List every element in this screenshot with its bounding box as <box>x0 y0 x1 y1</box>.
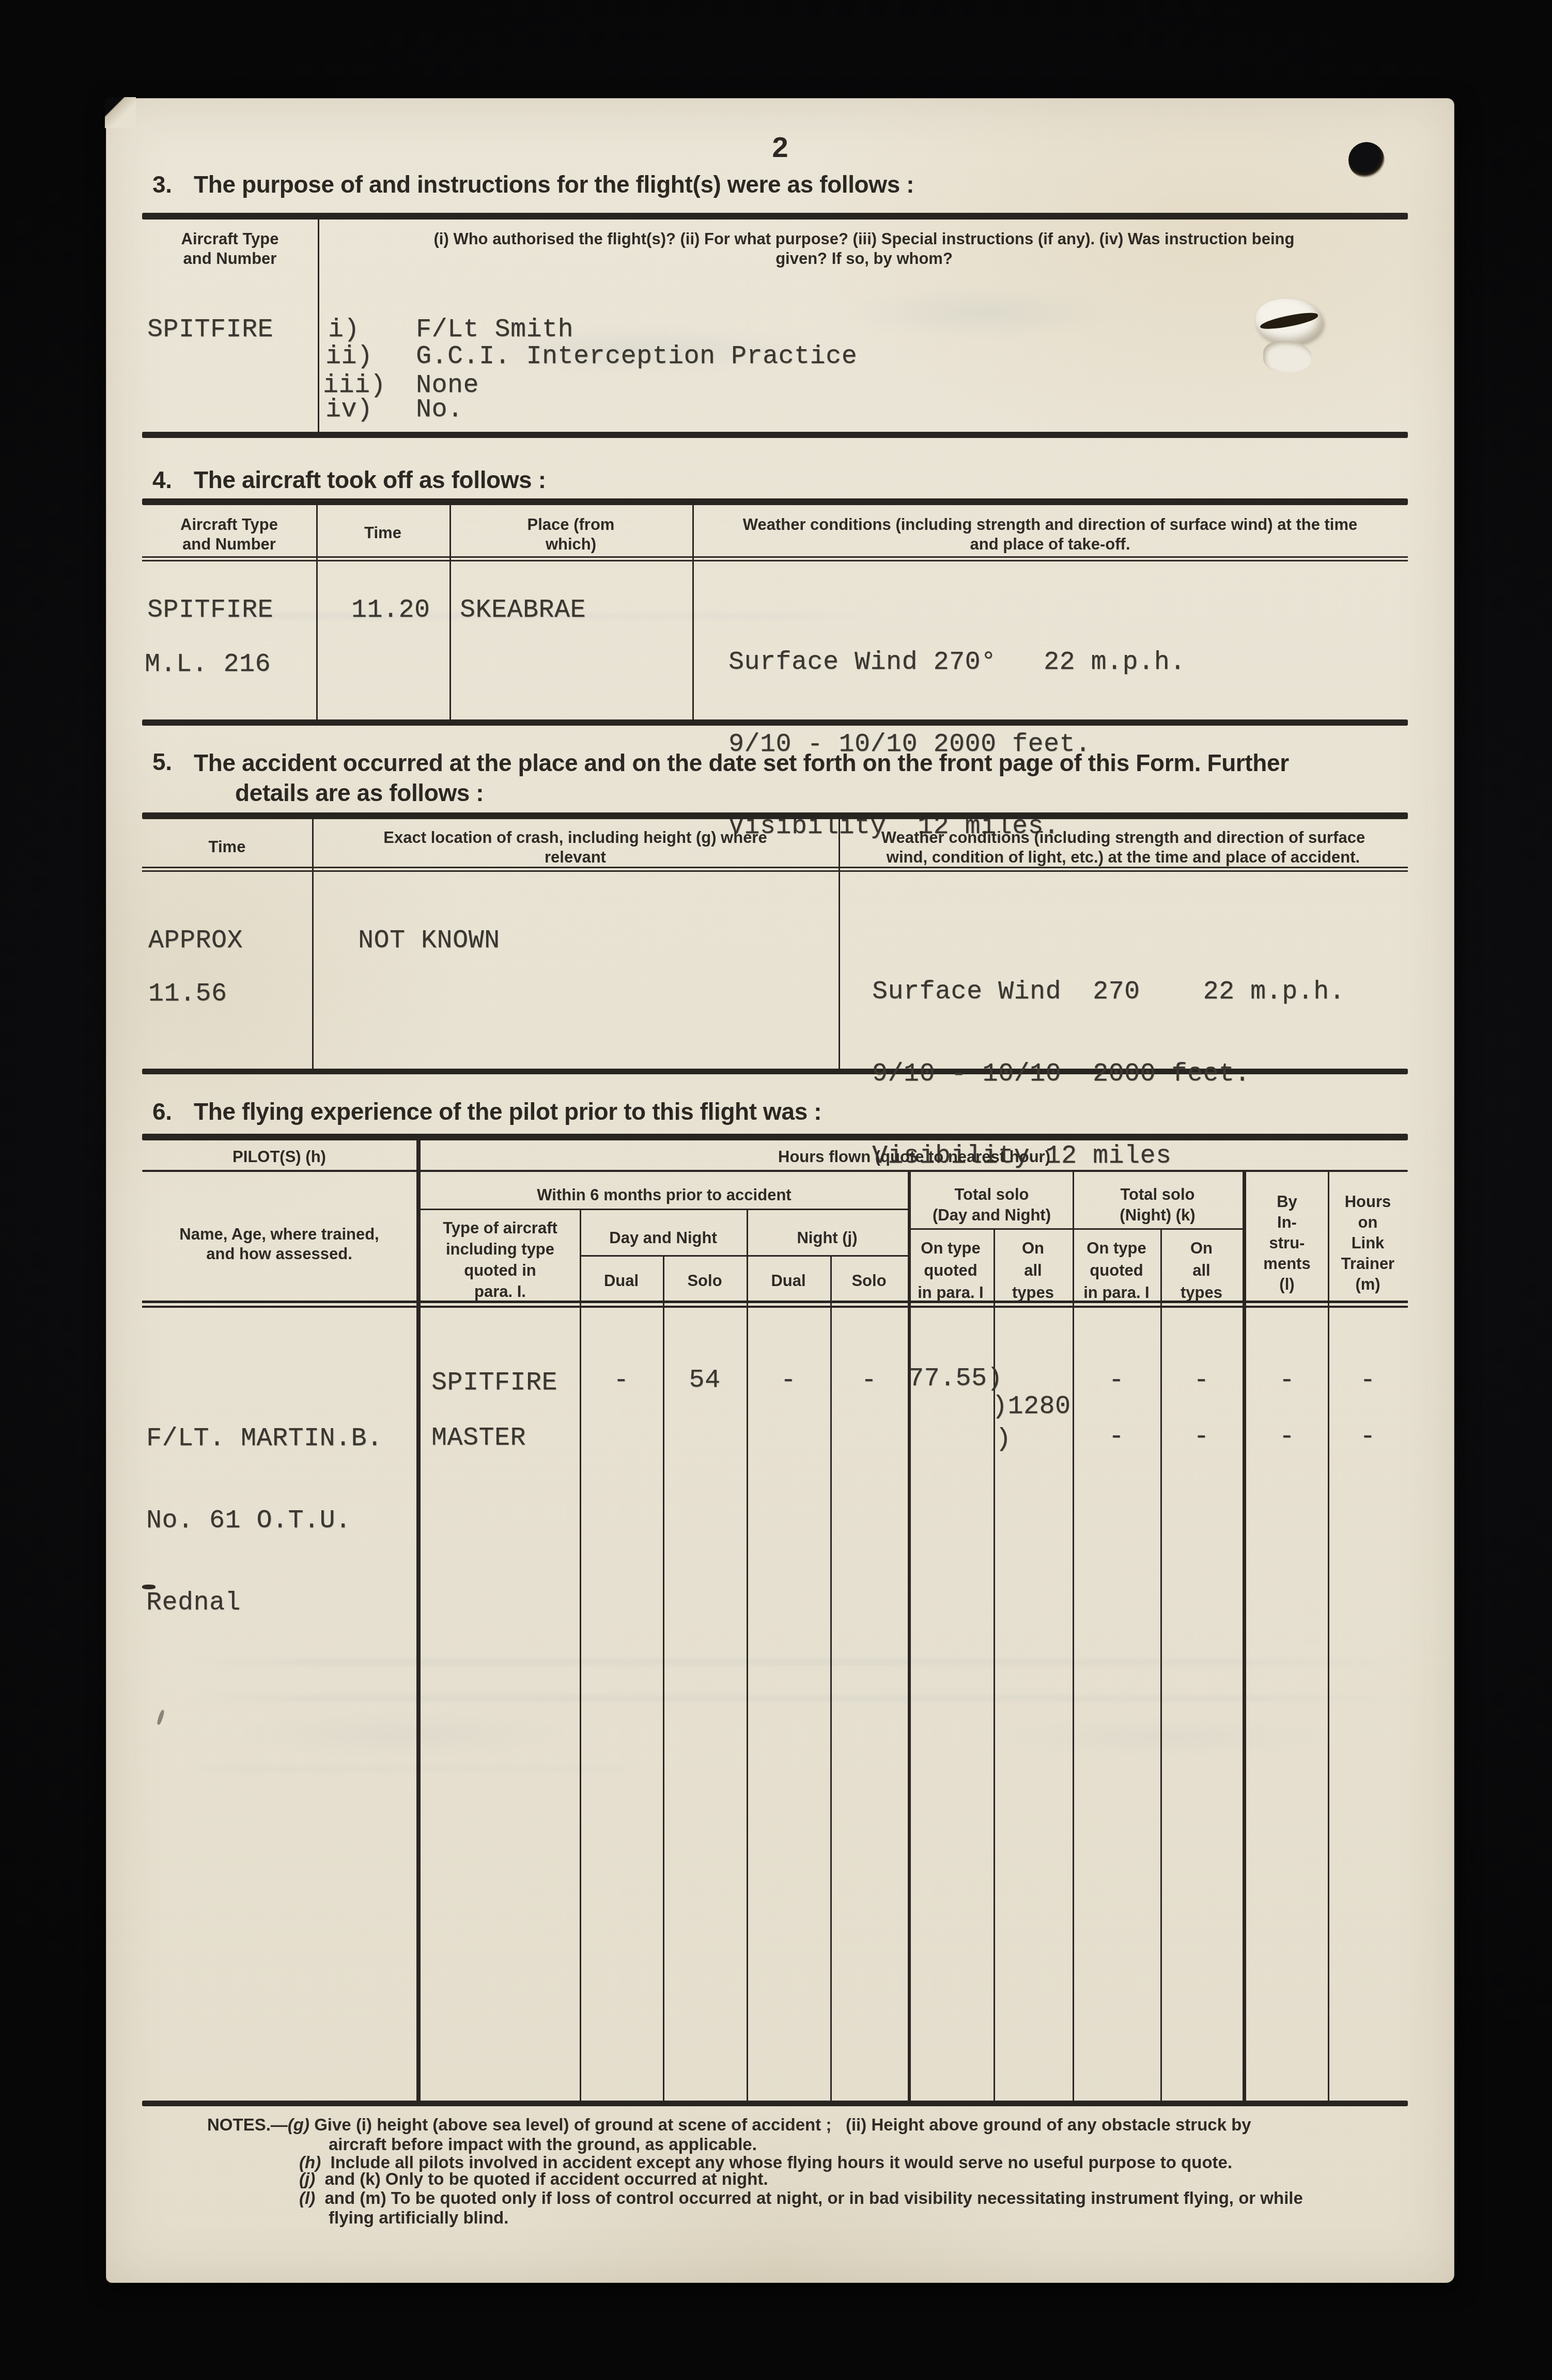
pilot-name-block: F/LT. MARTIN.B. No. 61 O.T.U. Rednal <box>146 1370 383 1671</box>
table-rule <box>142 498 1408 505</box>
col-header-questions-line1: (i) Who authorised the flight(s)? (ii) F… <box>328 229 1400 249</box>
link-trainer-header: Hours on Link Trainer (m) <box>1328 1192 1408 1295</box>
on-type-header: On type quoted in para. I <box>908 1237 994 1304</box>
table-rule <box>142 812 1408 819</box>
type-of-aircraft-header: Type of aircraft including type quoted i… <box>421 1217 580 1302</box>
notes-line-j: (j) and (k) Only to be quoted if acciden… <box>299 2169 768 2189</box>
col-header-questions-line2: given? If so, by whom? <box>328 249 1400 269</box>
answer-text: G.C.I. Interception Practice <box>416 342 857 371</box>
col-header-time: Time <box>316 523 449 543</box>
answer-row-iv: iv)No. <box>325 396 463 424</box>
col-header-location: Exact location of crash, including heigh… <box>312 828 839 867</box>
link-trainer-value: - <box>1328 1423 1408 1450</box>
column-divider <box>1328 1170 1329 2101</box>
by-instruments-header: By In- stru- ments (l) <box>1246 1192 1328 1295</box>
header-line <box>418 1209 909 1210</box>
section-4-heading: 4. The aircraft took off as follows : <box>152 466 546 494</box>
section-6-heading: 6. The flying experience of the pilot pr… <box>152 1098 821 1125</box>
notes-block: NOTES.—(g) Give (i) height (above sea le… <box>207 2115 1411 2234</box>
section-5-title-line2: details are as follows : <box>235 778 1289 808</box>
folded-corner <box>105 97 136 128</box>
notes-prefix: NOTES.— <box>207 2115 288 2134</box>
time-value: 11.56 <box>148 980 227 1008</box>
hours-flown-header: Hours flown (quote to nearest hour) <box>421 1147 1408 1167</box>
scanned-document-photo: { "page": { "number": "2" }, "s3": { "nu… <box>0 0 1552 2380</box>
header-underline <box>142 556 1408 561</box>
column-divider-heavy <box>908 1170 911 2101</box>
pilots-header: PILOT(S) (h) <box>142 1147 416 1167</box>
aircraft-type-value: SPITFIRE <box>147 597 273 624</box>
aircraft-type-2: MASTER <box>431 1424 526 1452</box>
pilot-name: F/LT. MARTIN.B. <box>146 1425 383 1452</box>
column-divider <box>1160 1228 1162 2101</box>
pilot-station: Rednal <box>146 1589 383 1617</box>
paper-sheet: 2 3. The purpose of and instructions for… <box>106 98 1454 2283</box>
by-instruments-value: - <box>1246 1423 1328 1450</box>
pilot-unit: No. 61 O.T.U. <box>146 1507 383 1535</box>
aircraft-type-value: SPITFIRE <box>147 316 273 343</box>
header-line <box>580 1255 909 1257</box>
day-night-dual-value: - <box>580 1367 663 1394</box>
solo-header: Solo <box>830 1271 908 1291</box>
total-night-on-type-value: - <box>1073 1367 1160 1394</box>
table-rule <box>142 1134 1408 1140</box>
col-header-aircraft-type: Aircraft Type and Number <box>142 229 318 269</box>
location-value: NOT KNOWN <box>358 927 500 954</box>
section-3-heading: 3. The purpose of and instructions for t… <box>152 170 914 198</box>
link-trainer-value: - <box>1328 1367 1408 1394</box>
answer-label: iv) <box>325 396 416 424</box>
table-rule <box>142 2101 1408 2106</box>
section-4-number: 4. <box>152 466 175 494</box>
time-approx-value: APPROX <box>148 927 243 954</box>
header-line <box>142 1170 1408 1172</box>
day-and-night-header: Day and Night <box>580 1228 747 1248</box>
night-dual-value: - <box>747 1367 830 1394</box>
column-divider-heavy <box>416 1140 421 2101</box>
total-night-all-types-value: - <box>1160 1367 1243 1394</box>
answer-row-ii: ii)G.C.I. Interception Practice <box>325 343 857 370</box>
section-4-table: Aircraft Type and Number Time Place (fro… <box>142 498 1408 726</box>
note-label-g: (g) <box>288 2115 309 2134</box>
answer-label: i) <box>328 316 416 343</box>
total-solo-night-header: Total solo (Night) (k) <box>1073 1184 1243 1226</box>
notes-line-l2: flying artificially blind. <box>329 2208 508 2228</box>
note-text-j: and (k) Only to be quoted if accident oc… <box>325 2169 768 2188</box>
table-rule <box>142 213 1408 220</box>
place-value: SKEABRAE <box>460 597 586 624</box>
answer-text: No. <box>416 395 463 425</box>
dual-header: Dual <box>747 1271 830 1291</box>
on-type-header: On type quoted in para. I <box>1073 1237 1160 1304</box>
column-divider <box>1073 1170 1074 2101</box>
column-divider-heavy <box>1243 1170 1246 2101</box>
col-header-weather: Weather conditions (including strength a… <box>692 515 1408 554</box>
section-4-title: The aircraft took off as follows : <box>194 466 546 494</box>
solo-header: Solo <box>663 1271 747 1291</box>
weather-line2: 9/10 - 10/10 2000 feet. <box>872 1060 1345 1088</box>
note-label-l: (l) <box>299 2188 315 2207</box>
column-divider <box>747 1209 748 2101</box>
night-solo-value: - <box>830 1367 908 1394</box>
notes-line-l1: (l) and (m) To be quoted only if loss of… <box>299 2188 1303 2208</box>
answer-label: ii) <box>325 343 416 370</box>
section-3-title: The purpose of and instructions for the … <box>194 170 914 198</box>
note-text-l1: and (m) To be quoted only if loss of con… <box>325 2188 1303 2207</box>
col-header-time: Time <box>142 837 312 857</box>
dual-header: Dual <box>580 1271 663 1291</box>
aircraft-type-1: SPITFIRE <box>431 1369 557 1397</box>
section-5-title: The accident occurred at the place and o… <box>194 748 1289 808</box>
time-value: 11.20 <box>351 597 430 624</box>
answer-text: F/Lt Smith <box>416 315 573 345</box>
aircraft-serial-value: M.L. 216 <box>145 651 271 678</box>
by-instruments-value: - <box>1246 1367 1328 1394</box>
col-header-weather: Weather conditions (including strength a… <box>839 828 1408 867</box>
section-5-heading: 5. The accident occurred at the place an… <box>152 748 1289 808</box>
brace-mark: ) <box>996 1426 1012 1453</box>
total-solo-all-types-value: )1280 <box>992 1393 1071 1420</box>
section-5-title-line1: The accident occurred at the place and o… <box>194 748 1289 778</box>
page-number: 2 <box>106 130 1454 164</box>
total-solo-on-type-value: 77.55) <box>908 1365 1003 1392</box>
note-label-j: (j) <box>299 2169 315 2188</box>
total-night-on-type-value: - <box>1073 1423 1160 1450</box>
section-6-table: PILOT(S) (h) Hours flown (quote to neare… <box>142 1134 1408 2106</box>
table-rule <box>142 432 1408 438</box>
column-divider <box>994 1228 995 2101</box>
notes-line-g2: aircraft before impact with the ground, … <box>329 2135 757 2154</box>
answer-row-i: i)F/Lt Smith <box>328 316 573 343</box>
col-header-aircraft-type: Aircraft Type and Number <box>142 515 316 554</box>
column-divider <box>580 1209 581 2101</box>
on-all-types-header: On all types <box>994 1237 1073 1304</box>
header-underline <box>142 867 1408 872</box>
notes-line-g1: NOTES.—(g) Give (i) height (above sea le… <box>207 2115 1251 2135</box>
total-night-all-types-value: - <box>1160 1423 1243 1450</box>
within-6-months-header: Within 6 months prior to accident <box>421 1185 908 1205</box>
weather-line1: Surface Wind 270 22 m.p.h. <box>872 978 1345 1006</box>
header-line <box>909 1228 1244 1230</box>
weather-line1: Surface Wind 270° 22 m.p.h. <box>728 649 1186 676</box>
section-5-table: Time Exact location of crash, including … <box>142 812 1408 1074</box>
column-divider <box>318 220 319 432</box>
section-6-number: 6. <box>152 1098 175 1125</box>
night-header: Night (j) <box>747 1228 908 1248</box>
on-all-types-header: On all types <box>1160 1237 1243 1304</box>
col-header-place: Place (from which) <box>449 515 692 554</box>
section-3-number: 3. <box>152 170 175 198</box>
section-6-title: The flying experience of the pilot prior… <box>194 1098 821 1125</box>
section-5-number: 5. <box>152 748 175 808</box>
name-age-header: Name, Age, where trained, and how assess… <box>142 1225 416 1264</box>
section-3-table: Aircraft Type and Number (i) Who authori… <box>142 213 1408 438</box>
total-solo-day-night-header: Total solo (Day and Night) <box>911 1184 1073 1226</box>
day-night-solo-value: 54 <box>663 1367 747 1394</box>
note-text-g1: Give (i) height (above sea level) of gro… <box>314 2115 1251 2134</box>
